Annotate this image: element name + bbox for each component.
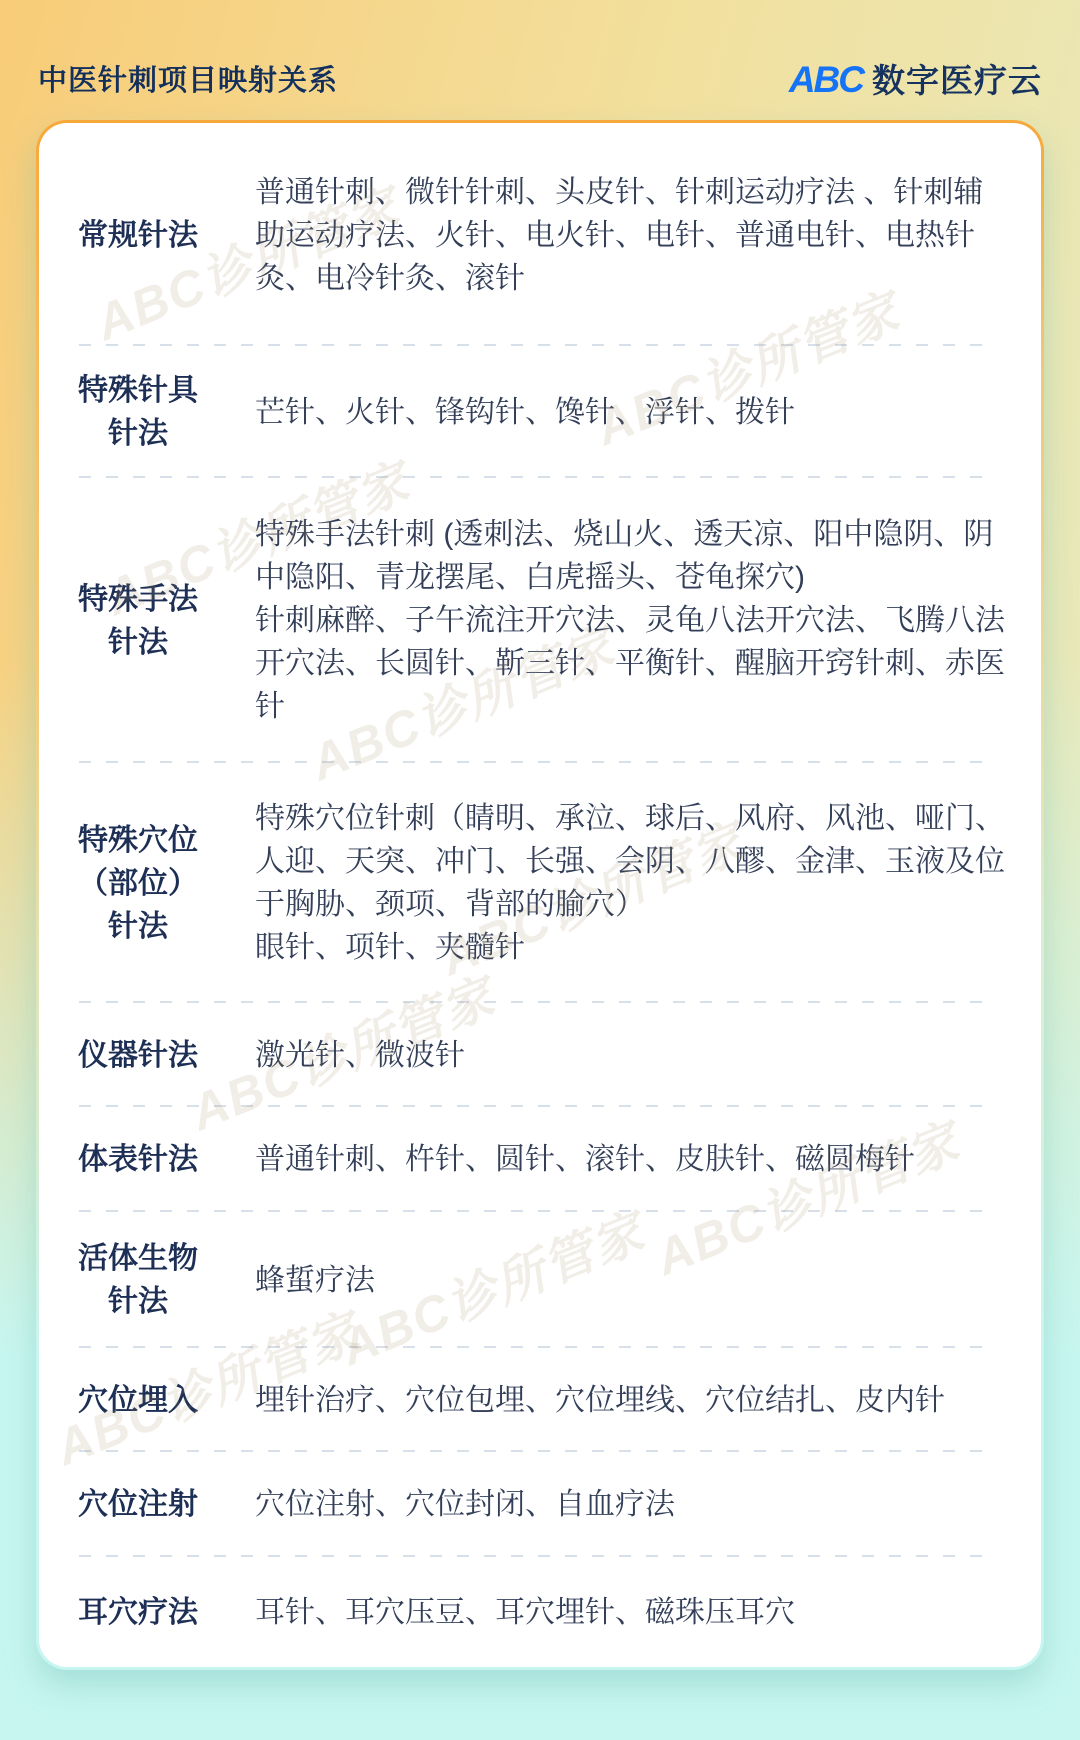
table-row: 耳穴疗法 耳针、耳穴压豆、耳穴埋针、磁珠压耳穴 bbox=[63, 1557, 1011, 1667]
row-content: 蜂蜇疗法 bbox=[255, 1259, 1011, 1302]
row-content: 特殊穴位针刺（睛明、承泣、球后、风府、风池、哑门、人迎、天突、冲门、长强、会阴、… bbox=[255, 797, 1011, 969]
header: 中医针刺项目映射关系 ABC 数字医疗云 bbox=[0, 0, 1080, 110]
row-label: 穴位埋入 bbox=[63, 1379, 213, 1422]
row-label: 特殊穴位 （部位） 针法 bbox=[63, 819, 213, 948]
row-label: 仪器针法 bbox=[63, 1034, 213, 1077]
content-paragraph: 耳针、耳穴压豆、耳穴埋针、磁珠压耳穴 bbox=[255, 1591, 1011, 1634]
brand-abc-mark: ABC bbox=[789, 59, 863, 101]
brand-name: 数字医疗云 bbox=[872, 55, 1042, 102]
page-title: 中医针刺项目映射关系 bbox=[38, 58, 338, 99]
row-content: 特殊手法针刺 (透刺法、烧山火、透天凉、阳中隐阴、阴中隐阳、青龙摆尾、白虎摇头、… bbox=[255, 513, 1011, 728]
row-label: 穴位注射 bbox=[63, 1483, 213, 1526]
content-paragraph: 激光针、微波针 bbox=[255, 1034, 1011, 1077]
table-row: 穴位注射 穴位注射、穴位封闭、自血疗法 bbox=[63, 1452, 1011, 1557]
row-content: 激光针、微波针 bbox=[255, 1034, 1011, 1077]
row-content: 普通针刺、微针针刺、头皮针、针刺运动疗法 、针刺辅助运动疗法、火针、电火针、电针… bbox=[255, 171, 1011, 300]
content-paragraph: 穴位注射、穴位封闭、自血疗法 bbox=[255, 1483, 1011, 1526]
table-row: 特殊穴位 （部位） 针法 特殊穴位针刺（睛明、承泣、球后、风府、风池、哑门、人迎… bbox=[63, 763, 1011, 1003]
content-paragraph: 蜂蜇疗法 bbox=[255, 1259, 1011, 1302]
content-paragraph: 眼针、项针、夹髓针 bbox=[255, 926, 1011, 969]
row-label: 常规针法 bbox=[63, 214, 213, 257]
content-paragraph: 埋针治疗、穴位包埋、穴位埋线、穴位结扎、皮内针 bbox=[255, 1379, 1011, 1422]
row-label: 活体生物 针法 bbox=[63, 1237, 213, 1323]
content-paragraph: 芒针、火针、锋钩针、馋针、浮针、拨针 bbox=[255, 391, 1011, 434]
table-row: 常规针法 普通针刺、微针针刺、头皮针、针刺运动疗法 、针刺辅助运动疗法、火针、电… bbox=[63, 125, 1011, 346]
row-content: 埋针治疗、穴位包埋、穴位埋线、穴位结扎、皮内针 bbox=[255, 1379, 1011, 1422]
row-content: 耳针、耳穴压豆、耳穴埋针、磁珠压耳穴 bbox=[255, 1591, 1011, 1634]
mapping-card-border: 常规针法 普通针刺、微针针刺、头皮针、针刺运动疗法 、针刺辅助运动疗法、火针、电… bbox=[36, 120, 1044, 1670]
table-row: 穴位埋入 埋针治疗、穴位包埋、穴位埋线、穴位结扎、皮内针 bbox=[63, 1348, 1011, 1452]
row-label: 体表针法 bbox=[63, 1138, 213, 1181]
row-content: 芒针、火针、锋钩针、馋针、浮针、拨针 bbox=[255, 391, 1011, 434]
row-label: 特殊针具 针法 bbox=[63, 369, 213, 455]
mapping-table: 常规针法 普通针刺、微针针刺、头皮针、针刺运动疗法 、针刺辅助运动疗法、火针、电… bbox=[39, 123, 1041, 1667]
content-paragraph: 针刺麻醉、子午流注开穴法、灵龟八法开穴法、飞腾八法开穴法、长圆针、靳三针、平衡针… bbox=[255, 599, 1011, 728]
content-paragraph: 普通针刺、微针针刺、头皮针、针刺运动疗法 、针刺辅助运动疗法、火针、电火针、电针… bbox=[255, 171, 1011, 300]
content-paragraph: 特殊手法针刺 (透刺法、烧山火、透天凉、阳中隐阴、阴中隐阳、青龙摆尾、白虎摇头、… bbox=[255, 513, 1011, 599]
brand-logo: ABC 数字医疗云 bbox=[789, 55, 1042, 102]
table-row: 活体生物 针法 蜂蜇疗法 bbox=[63, 1212, 1011, 1348]
page-background: 中医针刺项目映射关系 ABC 数字医疗云 常规针法 普通针刺、微针针刺、头皮针、… bbox=[0, 0, 1080, 1740]
content-paragraph: 普通针刺、杵针、圆针、滚针、皮肤针、磁圆梅针 bbox=[255, 1138, 1011, 1181]
table-row: 体表针法 普通针刺、杵针、圆针、滚针、皮肤针、磁圆梅针 bbox=[63, 1107, 1011, 1212]
mapping-card: 常规针法 普通针刺、微针针刺、头皮针、针刺运动疗法 、针刺辅助运动疗法、火针、电… bbox=[39, 123, 1041, 1667]
table-row: 仪器针法 激光针、微波针 bbox=[63, 1003, 1011, 1107]
row-label: 特殊手法 针法 bbox=[63, 578, 213, 664]
row-content: 穴位注射、穴位封闭、自血疗法 bbox=[255, 1483, 1011, 1526]
row-label: 耳穴疗法 bbox=[63, 1591, 213, 1634]
table-row: 特殊针具 针法 芒针、火针、锋钩针、馋针、浮针、拨针 bbox=[63, 346, 1011, 478]
content-paragraph: 特殊穴位针刺（睛明、承泣、球后、风府、风池、哑门、人迎、天突、冲门、长强、会阴、… bbox=[255, 797, 1011, 926]
row-content: 普通针刺、杵针、圆针、滚针、皮肤针、磁圆梅针 bbox=[255, 1138, 1011, 1181]
table-row: 特殊手法 针法 特殊手法针刺 (透刺法、烧山火、透天凉、阳中隐阴、阴中隐阳、青龙… bbox=[63, 478, 1011, 763]
